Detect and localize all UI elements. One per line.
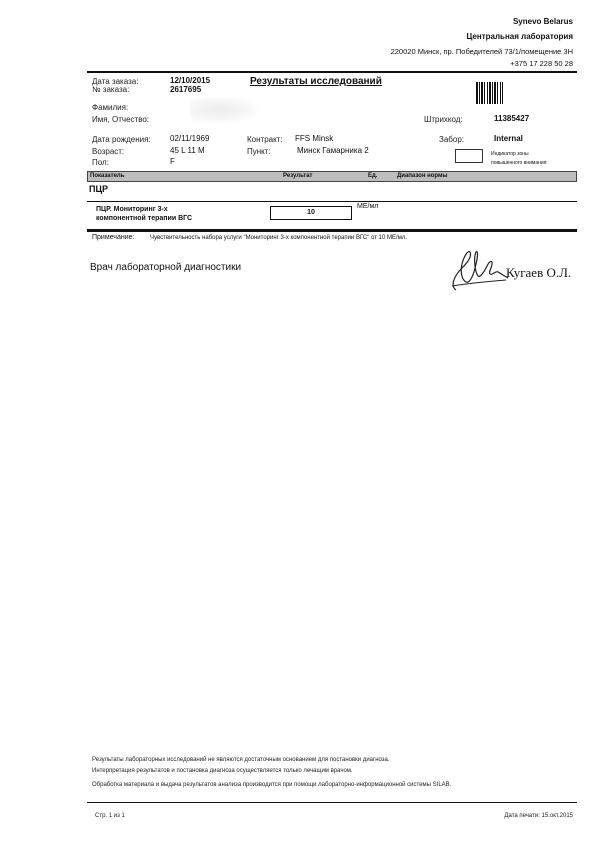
test-result-value: 10 (270, 206, 352, 220)
disclaimer-line-2: Интерпретация результатов и постановка д… (92, 768, 353, 774)
collection-value: Internal (494, 134, 523, 143)
note-text: Чувствительность набора услуги "Монитори… (150, 235, 407, 241)
redacted-patient-name (190, 98, 260, 124)
doctor-role: Врач лабораторной диагностики (90, 262, 241, 273)
name-label: Имя, Отчество: (92, 115, 149, 124)
disclaimer-line-3: Обработка материала и выдача результатов… (92, 782, 451, 788)
section-divider (87, 201, 577, 202)
indicator-label-1: Индикатор зоны (491, 151, 529, 157)
company-name: Synevo Belarus (513, 17, 573, 26)
signature-icon (448, 246, 510, 294)
column-header-unit: Ед. (368, 173, 377, 179)
contract-label: Контракт: (247, 135, 283, 144)
lab-address: 220020 Минск, пр. Победителей 73/1/помещ… (391, 47, 573, 56)
results-table-header: Показатель Результат Ед. Диапазон нормы (87, 171, 577, 182)
header-divider (87, 71, 577, 73)
birth-date-label: Дата рождения: (92, 135, 151, 144)
age-label: Возраст: (92, 147, 124, 156)
point-value: Минск Гамарника 2 (297, 146, 369, 155)
barcode-icon (476, 82, 514, 104)
column-header-indicator: Показатель (90, 173, 124, 179)
column-header-result: Результат (283, 173, 312, 179)
lab-name: Центральная лаборатория (466, 32, 573, 41)
note-label: Примечание: (92, 234, 134, 241)
test-name-line1: ПЦР. Мониторинг 3-х (96, 206, 168, 213)
footer-divider (87, 802, 577, 803)
birth-date-value: 02/11/1969 (170, 134, 209, 143)
order-date-value: 12/10/2015 (170, 76, 210, 85)
page-title: Результаты исследований (250, 76, 382, 87)
point-label: Пункт: (247, 147, 271, 156)
row-divider (87, 229, 577, 232)
surname-label: Фамилия: (92, 103, 128, 112)
disclaimer-line-1: Результаты лабораторных исследований не … (92, 757, 390, 763)
section-title: ПЦР (89, 184, 108, 194)
indicator-label-2: повышенного внимания (491, 160, 546, 166)
print-date: Дата печати: 15.окт.2015 (504, 813, 573, 819)
column-header-range: Диапазон нормы (397, 173, 448, 179)
test-name-line2: компонентной терапии ВГС (96, 215, 192, 222)
sex-label: Пол: (92, 158, 109, 167)
attention-indicator-box (455, 149, 483, 163)
collection-label: Забор: (439, 135, 464, 144)
order-number-value: 2617695 (170, 85, 201, 94)
barcode-label: Штрихкод: (424, 115, 463, 124)
sex-value: F (170, 157, 175, 166)
page-number: Стр. 1 из 1 (95, 813, 125, 819)
doctor-name: Кугаев О.Л. (506, 265, 571, 281)
order-number-label: № заказа: (92, 85, 129, 94)
test-unit: МЕ/мл (357, 203, 378, 210)
age-value: 45 L 11 M (170, 146, 205, 155)
barcode-value: 11385427 (494, 114, 529, 123)
contract-value: FFS Minsk (295, 134, 333, 143)
lab-phone: +375 17 228 50 28 (510, 59, 573, 68)
